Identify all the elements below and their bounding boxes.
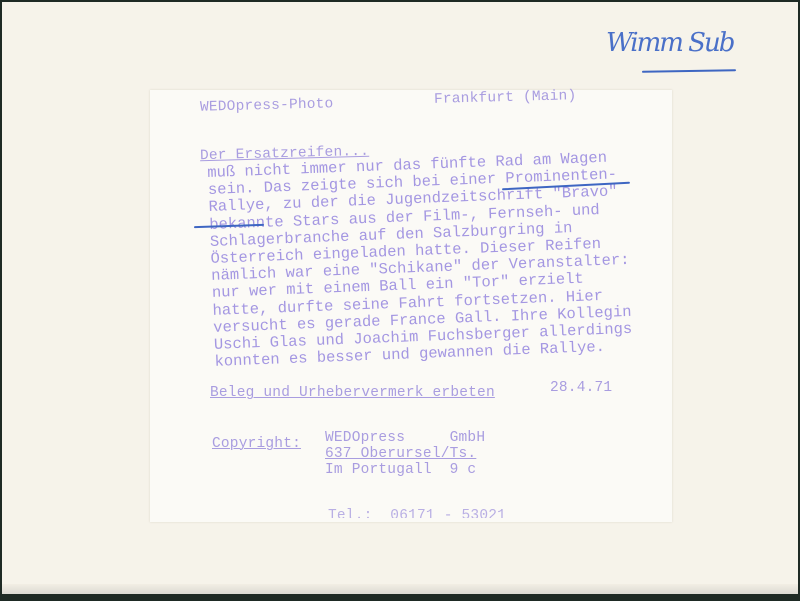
- copyright-label: Copyright:: [212, 436, 301, 452]
- caption-body: muß nicht immer nur das fünfte Rad am Wa…: [207, 149, 633, 371]
- company-street: Im Portugall 9 c: [325, 462, 476, 478]
- company-city: 637 Oberursel/Ts.: [325, 446, 476, 462]
- photo-back-paper: Wimm Sub WEDOpress-Photo Frankfurt (Main…: [2, 2, 798, 594]
- signature-underline: [642, 69, 736, 73]
- phone-number: Tel.: 06171 - 53021: [328, 508, 506, 518]
- credit-request: Beleg und Urhebervermerk erbeten: [210, 385, 495, 401]
- handwritten-signature: Wimm Sub: [606, 28, 733, 58]
- company-name: WEDOpress GmbH: [325, 430, 485, 446]
- date: 28.4.71: [550, 380, 612, 396]
